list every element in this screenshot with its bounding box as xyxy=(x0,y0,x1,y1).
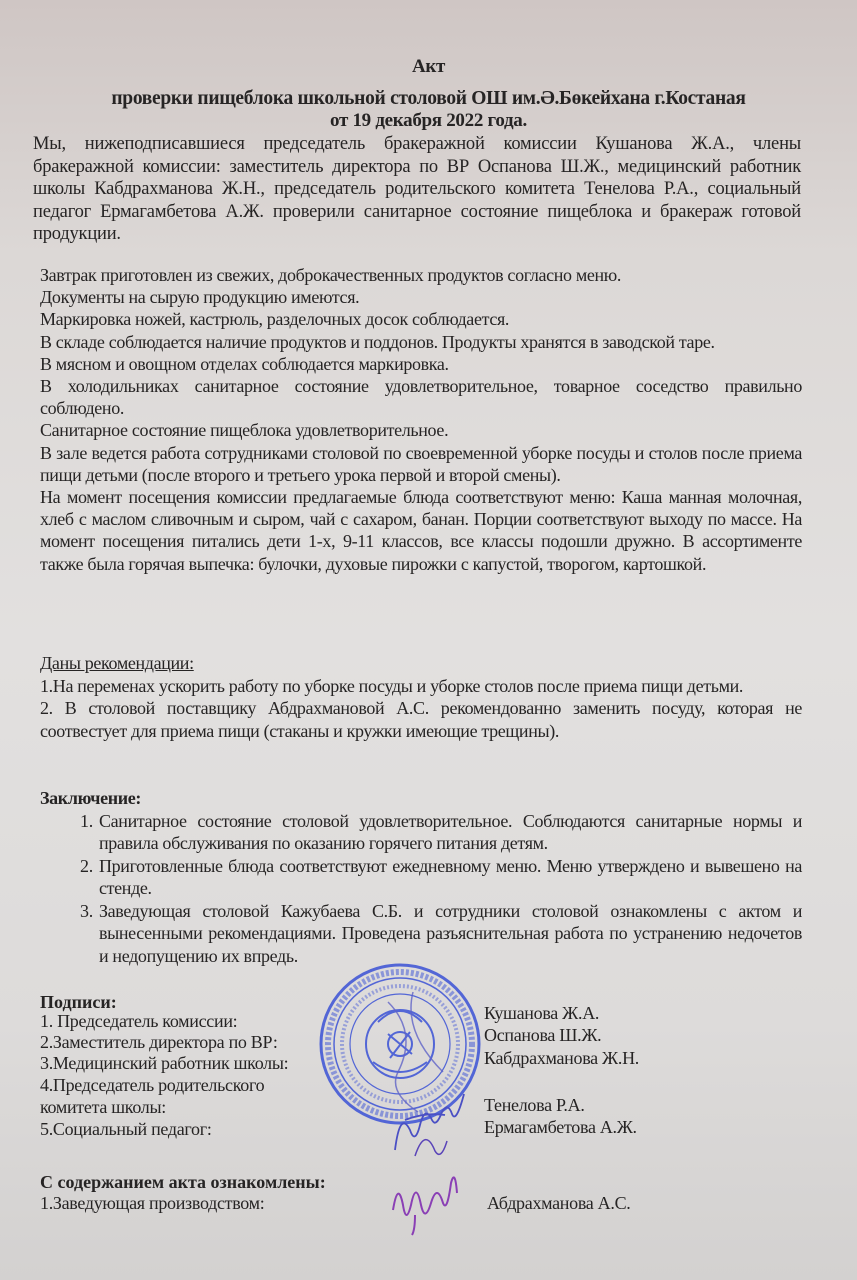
finding-item: В складе соблюдается наличие продуктов и… xyxy=(40,331,802,353)
handwritten-signature-icon xyxy=(385,1170,465,1240)
conclusion-list: Санитарное состояние столовой удовлетвор… xyxy=(40,810,802,968)
finding-item: Завтрак приготовлен из свежих, доброкаче… xyxy=(40,264,802,286)
recommendations-section: Даны рекомендации: 1.На переменах ускори… xyxy=(40,652,802,742)
signature-name: Оспанова Ш.Ж. xyxy=(484,1025,601,1046)
recommendation-item: 1.На переменах ускорить работу по уборке… xyxy=(40,675,802,698)
signature-role: 1. Председатель комиссии: xyxy=(40,1011,237,1032)
conclusion-item: Приготовленные блюда соответствуют ежедн… xyxy=(97,855,802,900)
signature-role-cont: комитета школы: xyxy=(40,1097,166,1118)
acknowledged-role: 1.Заведующая производством: xyxy=(40,1193,264,1214)
recommendations-heading: Даны рекомендации: xyxy=(40,652,802,675)
finding-item: В мясном и овощном отделах соблюдается м… xyxy=(40,353,802,375)
signature-name: Кабдрахманова Ж.Н. xyxy=(484,1048,639,1069)
recommendation-item: 2. В столовой поставщику Абдрахмановой А… xyxy=(40,697,802,742)
signatures-heading: Подписи: xyxy=(40,992,117,1013)
intro-paragraph: Мы, нижеподписавшиеся председатель браке… xyxy=(33,133,801,246)
signature-name: Тенелова Р.А. xyxy=(484,1095,585,1116)
finding-item: Документы на сырую продукцию имеются. xyxy=(40,286,802,308)
document-date: от 19 декабря 2022 года. xyxy=(0,110,857,132)
signature-role: 4.Председатель родительского xyxy=(40,1075,264,1096)
conclusion-item: Заведующая столовой Кажубаева С.Б. и сот… xyxy=(97,900,802,968)
finding-item: На момент посещения комиссии предлагаемы… xyxy=(40,486,802,575)
finding-item: Санитарное состояние пищеблока удовлетво… xyxy=(40,419,802,441)
findings-section: Завтрак приготовлен из свежих, доброкаче… xyxy=(40,264,802,575)
document-subtitle: проверки пищеблока школьной столовой ОШ … xyxy=(0,88,857,110)
document-title: Акт xyxy=(0,56,857,78)
acknowledged-name: Абдрахманова А.С. xyxy=(487,1193,631,1214)
signature-role: 3.Медицинский работник школы: xyxy=(40,1053,288,1074)
signature-role: 5.Социальный педагог: xyxy=(40,1119,212,1140)
conclusion-section: Заключение: Санитарное состояние столово… xyxy=(40,787,802,967)
acknowledged-heading: С содержанием акта ознакомлены: xyxy=(40,1172,326,1193)
finding-item: В зале ведется работа сотрудниками столо… xyxy=(40,442,802,486)
signature-name: Ермагамбетова А.Ж. xyxy=(484,1117,637,1138)
finding-item: В холодильниках санитарное состояние удо… xyxy=(40,375,802,419)
signature-role: 2.Заместитель директора по ВР: xyxy=(40,1032,278,1053)
document-page: Акт проверки пищеблока школьной столовой… xyxy=(0,0,857,1280)
signature-name: Кушанова Ж.А. xyxy=(484,1003,599,1024)
finding-item: Маркировка ножей, кастрюль, разделочных … xyxy=(40,308,802,330)
conclusion-item: Санитарное состояние столовой удовлетвор… xyxy=(97,810,802,855)
handwritten-signature-icon xyxy=(385,1090,485,1160)
conclusion-heading: Заключение: xyxy=(40,787,802,810)
